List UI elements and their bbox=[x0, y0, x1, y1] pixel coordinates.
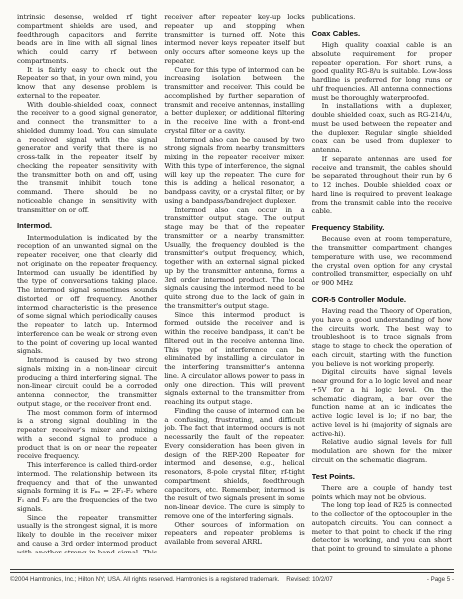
section-heading: Test Points. bbox=[312, 473, 452, 482]
text-columns: intrinsic desense, welded rf tight compa… bbox=[17, 13, 452, 553]
paragraph: In installations with a duplexer, double… bbox=[312, 102, 452, 155]
paragraph: Having read the Theory of Operation, you… bbox=[312, 307, 452, 368]
revision-date: Revised: 10/2/07 bbox=[286, 576, 332, 583]
paragraph: Cure for this type of intermod can be in… bbox=[164, 66, 304, 136]
section-heading: Intermod. bbox=[17, 222, 157, 231]
column-1: intrinsic desense, welded rf tight compa… bbox=[17, 13, 157, 553]
paragraph: With double-shielded coax, connect the r… bbox=[17, 101, 157, 215]
column-3: publications.Coax Cables.High quality co… bbox=[312, 13, 452, 553]
paragraph: The most common form of intermod is a st… bbox=[17, 409, 157, 462]
paragraph: Since this intermod product is formed ou… bbox=[164, 311, 304, 407]
paragraph: It is fairly easy to check out the Repea… bbox=[17, 66, 157, 101]
paragraph: If separate antennas are used for receiv… bbox=[312, 155, 452, 216]
section-heading: Coax Cables. bbox=[312, 30, 452, 39]
paragraph: Intermod also can occur in a transmitter… bbox=[164, 206, 304, 311]
footer-divider bbox=[10, 569, 454, 573]
paragraph: Since the repeater transmitter usually i… bbox=[17, 514, 157, 554]
paragraph: receiver after repeater key-up locks rep… bbox=[164, 13, 304, 66]
paragraph: Because even at room temperature, the tr… bbox=[312, 235, 452, 288]
section-heading: COR-5 Controller Module. bbox=[312, 296, 452, 305]
paragraph: Intermod is caused by two strong signals… bbox=[17, 356, 157, 409]
column-2: receiver after repeater key-up locks rep… bbox=[164, 13, 304, 553]
paragraph: publications. bbox=[312, 13, 452, 22]
paragraph: Digital circuits have signal levels near… bbox=[312, 368, 452, 438]
copyright-text: ©2004 Hamtronics, Inc.; Hilton NY; USA. … bbox=[10, 576, 279, 583]
page-footer: ©2004 Hamtronics, Inc.; Hilton NY; USA. … bbox=[10, 569, 454, 583]
paragraph: Intermod also can be caused by two stron… bbox=[164, 136, 304, 206]
paragraph: Relative audio signal levels for full mo… bbox=[312, 438, 452, 464]
section-heading: Frequency Stability. bbox=[312, 224, 452, 233]
paragraph: High quality coaxial cable is an absolut… bbox=[312, 41, 452, 102]
document-page: intrinsic desense, welded rf tight compa… bbox=[0, 0, 463, 599]
paragraph: The long top lead of R25 is connected to… bbox=[312, 501, 452, 553]
paragraph: This interference is called third-order … bbox=[17, 461, 157, 514]
paragraph: Intermodulation is indicated by the rece… bbox=[17, 234, 157, 357]
paragraph: Other sources of information on repeater… bbox=[164, 521, 304, 547]
paragraph: intrinsic desense, welded rf tight compa… bbox=[17, 13, 157, 66]
paragraph: Finding the cause of intermod can be a c… bbox=[164, 407, 304, 521]
page-number: - Page 5 - bbox=[427, 576, 454, 583]
paragraph: There are a couple of handy test points … bbox=[312, 484, 452, 502]
